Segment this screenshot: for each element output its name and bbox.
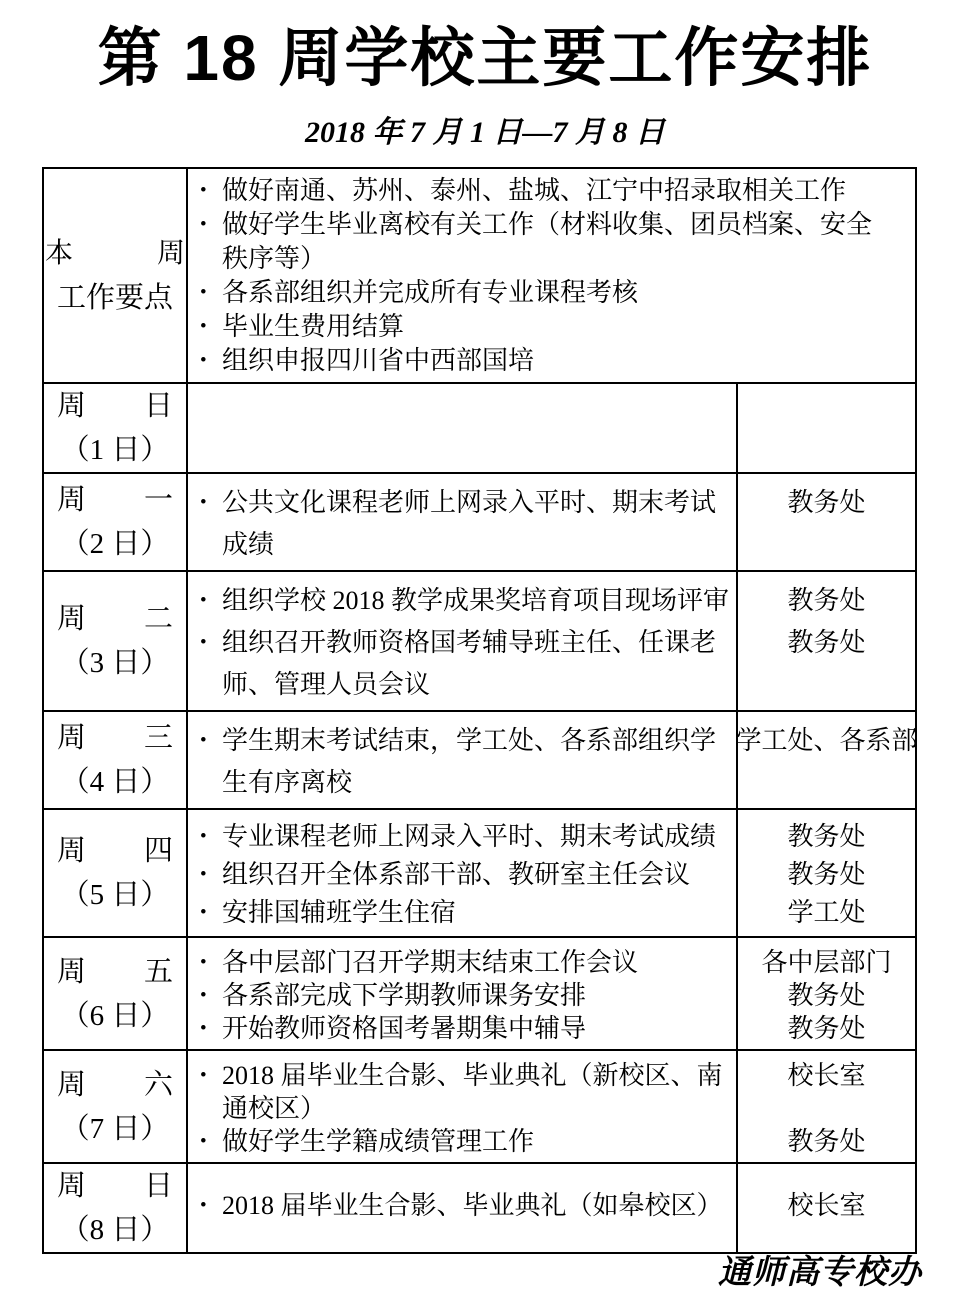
task-text: 组织申报四川省中西部国培 (222, 344, 877, 378)
table-row-tuesday-3: 周 二 （3 日） •组织学校 2018 教学成果奖培育项目现场评审 教务处 •… (44, 572, 915, 712)
tasks-cell: •学生期末考试结束，学工处、各系部组织学生有序离校 学工处、各系部 (188, 712, 915, 808)
bullet-icon: • (200, 979, 222, 1012)
task-text: 做好学生毕业离校有关工作（材料收集、团员档案、安全秩序等） (222, 208, 877, 276)
dept-label: 教务处 (738, 482, 915, 524)
day-label: 周 日 (57, 384, 173, 428)
schedule-table: 本 周 工作要点 •做好南通、苏州、泰州、盐城、江宁中招录取相关工作 •做好学生… (42, 167, 917, 1254)
task-text: 各系部组织并完成所有专业课程考核 (222, 276, 877, 310)
bullet-icon: • (200, 720, 222, 804)
task-text: 学生期末考试结束，学工处、各系部组织学生有序离校 (222, 720, 730, 804)
day-label: 周 六 (57, 1063, 173, 1107)
bullet-icon: • (200, 1125, 222, 1158)
task-text: 做好学生学籍成绩管理工作 (222, 1125, 730, 1158)
bullet-icon: • (200, 580, 222, 622)
row-label-line2: 工作要点 (57, 276, 173, 320)
day-date: （7 日） (61, 1107, 170, 1151)
tasks-cell (188, 384, 915, 472)
day-cell: 周 四 （5 日） (44, 810, 188, 936)
task-item: •学生期末考试结束，学工处、各系部组织学生有序离校 学工处、各系部 (200, 720, 915, 804)
day-label: 周 日 (57, 1164, 173, 1208)
day-label: 周 四 (57, 829, 173, 873)
dept-label: 教务处 (738, 818, 915, 856)
task-text: 公共文化课程老师上网录入平时、期末考试成绩 (222, 482, 730, 566)
tasks-cell: •2018 届毕业生合影、毕业典礼（新校区、南通校区） 校长室 •做好学生学籍成… (188, 1051, 915, 1162)
day-date: （2 日） (61, 522, 170, 566)
page-title: 第 18 周学校主要工作安排 (0, 0, 970, 98)
day-date: （3 日） (61, 641, 170, 685)
dept-label: 教务处 (738, 1012, 915, 1045)
day-cell: 周 日 （1 日） (44, 384, 188, 472)
dept-label: 学工处、各系部 (738, 720, 915, 762)
bullet-icon: • (200, 1059, 222, 1125)
bullet-icon: • (200, 1012, 222, 1045)
bullet-icon: • (200, 894, 222, 932)
task-item: •安排国辅班学生住宿 学工处 (200, 894, 915, 932)
task-item: •组织召开全体系部干部、教研室主任会议 教务处 (200, 856, 915, 894)
task-item: •公共文化课程老师上网录入平时、期末考试成绩 教务处 (200, 482, 915, 566)
dept-label: 教务处 (738, 622, 915, 664)
day-label: 周 一 (57, 478, 173, 522)
task-item: •各系部完成下学期教师课务安排 教务处 (200, 979, 915, 1012)
document-page: 第 18 周学校主要工作安排 2018 年 7 月 1 日—7 月 8 日 本 … (0, 0, 970, 1294)
task-text: 组织召开教师资格国考辅导班主任、任课老师、管理人员会议 (222, 622, 730, 706)
bullet-icon: • (200, 276, 222, 310)
task-item: •组织学校 2018 教学成果奖培育项目现场评审 教务处 (200, 580, 915, 622)
task-text: 2018 届毕业生合影、毕业典礼（新校区、南通校区） (222, 1059, 730, 1125)
task-item: •组织申报四川省中西部国培 (200, 344, 915, 378)
table-row-friday-6: 周 五 （6 日） •各中层部门召开学期末结束工作会议 各中层部门 •各系部完成… (44, 938, 915, 1051)
task-text: 各系部完成下学期教师课务安排 (222, 979, 730, 1012)
task-text: 做好南通、苏州、泰州、盐城、江宁中招录取相关工作 (222, 174, 877, 208)
dept-label: 教务处 (738, 856, 915, 894)
task-item: •2018 届毕业生合影、毕业典礼（如皋校区） 校长室 (200, 1186, 915, 1226)
task-item: •毕业生费用结算 (200, 310, 915, 344)
row-label-cell: 本 周 工作要点 (44, 169, 188, 382)
task-text: 安排国辅班学生住宿 (222, 894, 730, 932)
bullet-icon: • (200, 310, 222, 344)
bullet-icon: • (200, 174, 222, 208)
day-date: （4 日） (61, 760, 170, 804)
task-item: •各系部组织并完成所有专业课程考核 (200, 276, 915, 310)
task-item: •2018 届毕业生合影、毕业典礼（新校区、南通校区） 校长室 (200, 1059, 915, 1125)
tasks-cell: •各中层部门召开学期末结束工作会议 各中层部门 •各系部完成下学期教师课务安排 … (188, 938, 915, 1049)
bullet-icon: • (200, 946, 222, 979)
day-cell: 周 三 （4 日） (44, 712, 188, 808)
day-cell: 周 二 （3 日） (44, 572, 188, 710)
table-row-saturday-7: 周 六 （7 日） •2018 届毕业生合影、毕业典礼（新校区、南通校区） 校长… (44, 1051, 915, 1164)
day-cell: 周 一 （2 日） (44, 474, 188, 570)
bullet-icon: • (200, 856, 222, 894)
task-text: 组织召开全体系部干部、教研室主任会议 (222, 856, 730, 894)
task-text: 专业课程老师上网录入平时、期末考试成绩 (222, 818, 730, 856)
bullet-icon: • (200, 208, 222, 276)
dept-label: 学工处 (738, 894, 915, 932)
row-label-line1: 本 周 (45, 232, 185, 276)
bullet-icon: • (200, 482, 222, 566)
dept-label: 校长室 (738, 1186, 915, 1226)
bullet-icon: • (200, 622, 222, 706)
tasks-cell: •公共文化课程老师上网录入平时、期末考试成绩 教务处 (188, 474, 915, 570)
bullet-icon: • (200, 344, 222, 378)
table-row-monday-2: 周 一 （2 日） •公共文化课程老师上网录入平时、期末考试成绩 教务处 (44, 474, 915, 572)
dept-label: 教务处 (738, 1125, 915, 1158)
task-text: 组织学校 2018 教学成果奖培育项目现场评审 (222, 580, 730, 622)
tasks-cell: •专业课程老师上网录入平时、期末考试成绩 教务处 •组织召开全体系部干部、教研室… (188, 810, 915, 936)
task-item: •做好学生毕业离校有关工作（材料收集、团员档案、安全秩序等） (200, 208, 915, 276)
tasks-cell: •做好南通、苏州、泰州、盐城、江宁中招录取相关工作 •做好学生毕业离校有关工作（… (188, 169, 915, 382)
task-item: •开始教师资格国考暑期集中辅导 教务处 (200, 1012, 915, 1045)
tasks-cell: •2018 届毕业生合影、毕业典礼（如皋校区） 校长室 (188, 1164, 915, 1252)
day-date: （5 日） (61, 873, 170, 917)
task-text: 毕业生费用结算 (222, 310, 877, 344)
day-cell: 周 五 （6 日） (44, 938, 188, 1049)
day-date: （8 日） (61, 1208, 170, 1252)
day-cell: 周 六 （7 日） (44, 1051, 188, 1162)
tasks-cell: •组织学校 2018 教学成果奖培育项目现场评审 教务处 •组织召开教师资格国考… (188, 572, 915, 710)
bullet-icon: • (200, 818, 222, 856)
day-label: 周 五 (57, 950, 173, 994)
dept-label: 各中层部门 (738, 946, 915, 979)
table-row-sunday-1: 周 日 （1 日） (44, 384, 915, 474)
table-row-wednesday-4: 周 三 （4 日） •学生期末考试结束，学工处、各系部组织学生有序离校 学工处、… (44, 712, 915, 810)
day-label: 周 三 (57, 716, 173, 760)
day-label: 周 二 (57, 597, 173, 641)
day-date: （6 日） (61, 994, 170, 1038)
dept-label: 教务处 (738, 580, 915, 622)
dept-label: 校长室 (738, 1059, 915, 1092)
task-text: 2018 届毕业生合影、毕业典礼（如皋校区） (222, 1186, 730, 1226)
task-item: •做好南通、苏州、泰州、盐城、江宁中招录取相关工作 (200, 174, 915, 208)
task-item: •各中层部门召开学期末结束工作会议 各中层部门 (200, 946, 915, 979)
signature: 通师高专校办 (718, 1246, 922, 1293)
table-row-thursday-5: 周 四 （5 日） •专业课程老师上网录入平时、期末考试成绩 教务处 •组织召开… (44, 810, 915, 938)
task-text: 各中层部门召开学期末结束工作会议 (222, 946, 730, 979)
bullet-icon: • (200, 1186, 222, 1226)
task-item: •做好学生学籍成绩管理工作 教务处 (200, 1125, 915, 1158)
task-item: •专业课程老师上网录入平时、期末考试成绩 教务处 (200, 818, 915, 856)
date-range: 2018 年 7 月 1 日—7 月 8 日 (0, 112, 970, 154)
table-row-week-highlights: 本 周 工作要点 •做好南通、苏州、泰州、盐城、江宁中招录取相关工作 •做好学生… (44, 169, 915, 384)
day-cell: 周 日 （8 日） (44, 1164, 188, 1252)
task-text: 开始教师资格国考暑期集中辅导 (222, 1012, 730, 1045)
day-date: （1 日） (61, 428, 170, 472)
task-item: •组织召开教师资格国考辅导班主任、任课老师、管理人员会议 教务处 (200, 622, 915, 706)
table-row-sunday-8: 周 日 （8 日） •2018 届毕业生合影、毕业典礼（如皋校区） 校长室 (44, 1164, 915, 1252)
dept-label: 教务处 (738, 979, 915, 1012)
